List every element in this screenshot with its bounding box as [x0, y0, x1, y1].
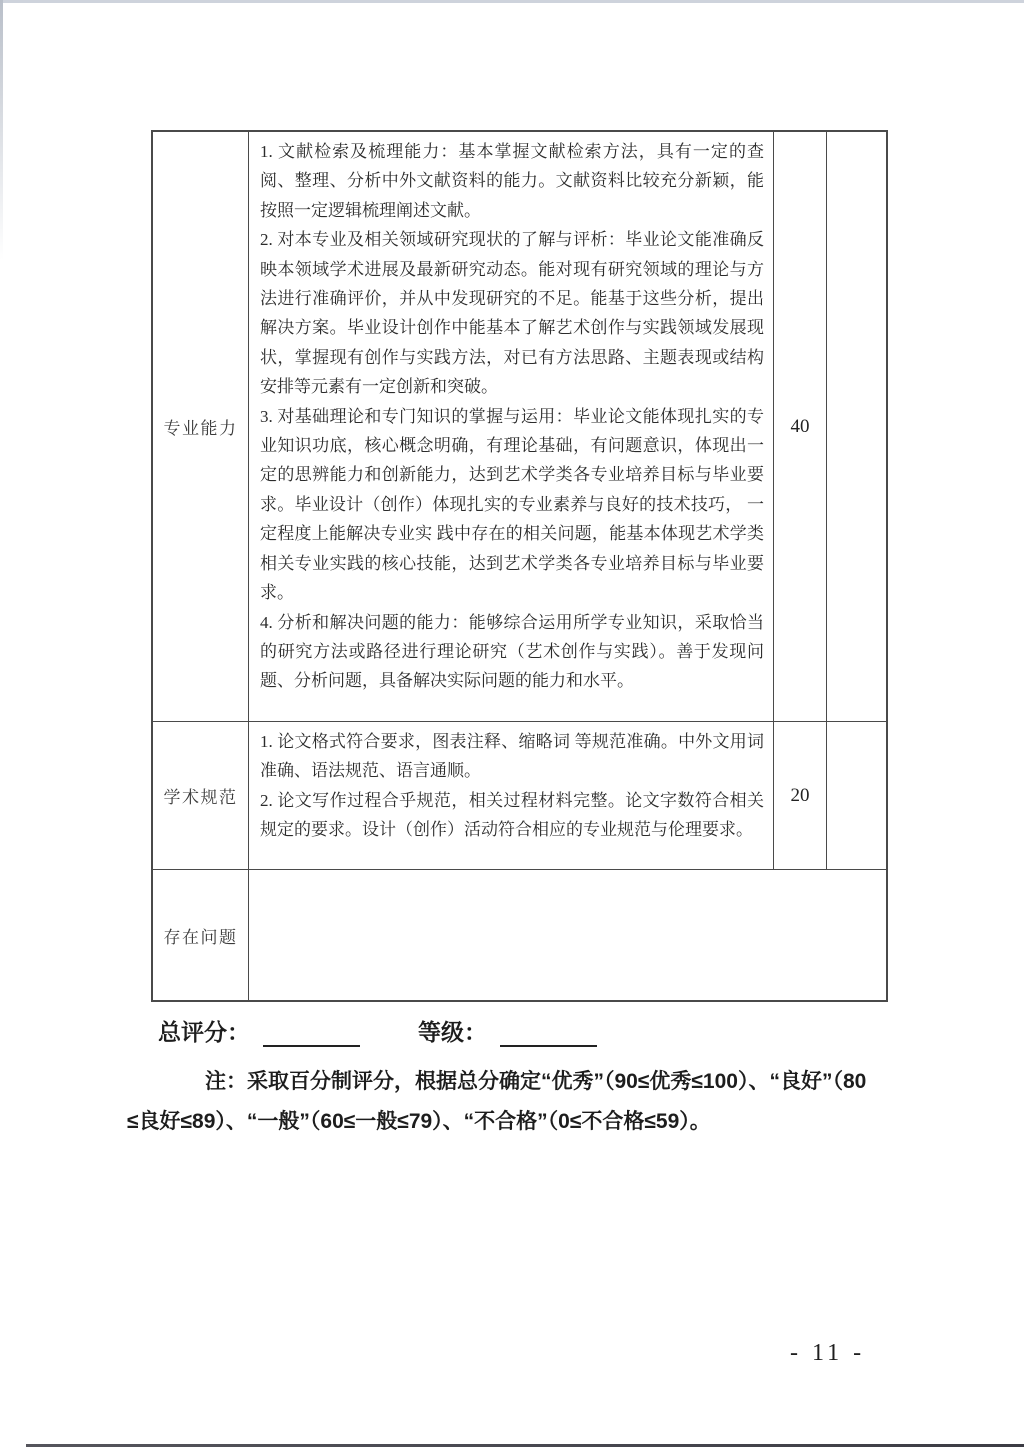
score-weight-value: 20	[791, 785, 810, 807]
table-row-academic-standards: 学术规范 1. 论文格式符合要求，图表注释、缩略词 等规范准确。中外文用词准确、…	[153, 722, 886, 870]
evaluation-table: 专业能力 1. 文献检索及梳理能力：基本掌握文献检索方法，具有一定的查阅、整理、…	[151, 130, 888, 1002]
row-header-academic-standards: 学术规范	[153, 722, 249, 869]
table-row-professional-ability: 专业能力 1. 文献检索及梳理能力：基本掌握文献检索方法，具有一定的查阅、整理、…	[153, 132, 886, 722]
grade-blank	[500, 1021, 597, 1047]
row-header-professional-ability: 专业能力	[153, 132, 249, 721]
table-row-existing-problems: 存在问题	[153, 870, 886, 1000]
score-entry-cell	[827, 132, 886, 721]
score-weight-cell: 40	[774, 132, 827, 721]
criteria-item: 1. 论文格式符合要求，图表注释、缩略词 等规范准确。中外文用词准确、语法规范、…	[260, 727, 764, 786]
criteria-item: 2. 对本专业及相关领域研究现状的了解与评析：毕业论文能准确反映本领域学术进展及…	[260, 225, 764, 401]
score-weight-value: 40	[791, 416, 810, 438]
scan-edge-bottom	[26, 1444, 1024, 1447]
grading-scale-note: 注：采取百分制评分，根据总分确定“优秀”（90≤优秀≤100）、“良好”（80 …	[127, 1062, 893, 1142]
criteria-cell-professional-ability: 1. 文献检索及梳理能力：基本掌握文献检索方法，具有一定的查阅、整理、分析中外文…	[249, 132, 774, 721]
scan-edge-left	[0, 0, 3, 260]
criteria-item: 1. 文献检索及梳理能力：基本掌握文献检索方法，具有一定的查阅、整理、分析中外文…	[260, 137, 764, 225]
criteria-item: 3. 对基础理论和专门知识的掌握与运用：毕业论文能体现扎实的专业知识功底，核心概…	[260, 402, 764, 608]
grade-label: 等级：	[418, 1014, 487, 1047]
existing-problems-blank-cell	[249, 870, 886, 1000]
criteria-cell-academic-standards: 1. 论文格式符合要求，图表注释、缩略词 等规范准确。中外文用词准确、语法规范、…	[249, 722, 774, 869]
row-header-label: 学术规范	[164, 783, 238, 808]
criteria-item: 4. 分析和解决问题的能力：能够综合运用所学专业知识，采取恰当的研究方法或路径进…	[260, 608, 764, 696]
row-header-existing-problems: 存在问题	[153, 870, 249, 1000]
total-score-blank	[263, 1021, 360, 1047]
page-number: - 11 -	[790, 1340, 865, 1367]
total-score-label: 总评分：	[158, 1014, 250, 1047]
score-weight-cell: 20	[774, 722, 827, 869]
scan-edge-top	[0, 0, 1024, 3]
summary-line: 总评分： 等级：	[158, 1014, 597, 1047]
note-line: ≤良好≤89）、“一般”（60≤一般≤79）、“不合格”（0≤不合格≤59）。	[127, 1102, 893, 1142]
row-header-label: 专业能力	[164, 414, 238, 439]
row-header-label: 存在问题	[164, 923, 238, 948]
criteria-item: 2. 论文写作过程合乎规范，相关过程材料完整。论文字数符合相关规定的要求。设计（…	[260, 786, 764, 845]
score-entry-cell	[827, 722, 886, 869]
note-line: 注：采取百分制评分，根据总分确定“优秀”（90≤优秀≤100）、“良好”（80	[127, 1062, 893, 1102]
